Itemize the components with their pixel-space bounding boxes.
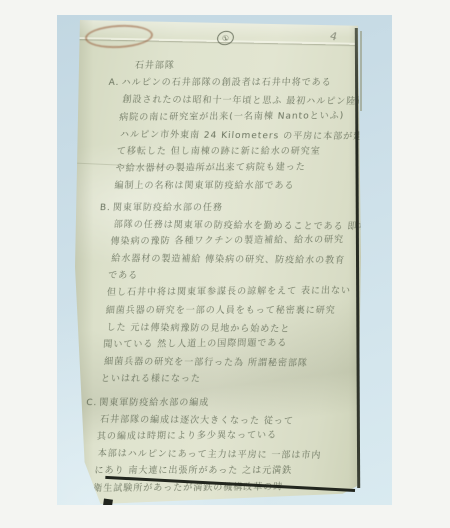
handwritten-line-text: や給水器材の製造所が出来て病院も建った: [115, 163, 306, 174]
section-label: B.: [99, 200, 113, 217]
handwritten-line-text: 部隊の任務は関東軍の防疫給水を勤めることである 即ち: [113, 220, 367, 232]
handwritten-line-text: 石井部隊の編成は逐次大きくなった 従って: [100, 415, 295, 427]
handwritten-line: 病院の南に研究室が出来(一名南棟 Nantoといふ): [119, 108, 372, 127]
handwritten-line-text: 細菌兵器の研究を一部行った為 所謂秘密部隊: [104, 357, 309, 369]
handwritten-line-text: 編制上の名称は関東軍防疫給水部である: [114, 181, 295, 191]
section-a: A.ハルピンの石井部隊の創設者は石井中将である創設されたのは昭和十一年頃と思ふ …: [114, 75, 374, 195]
handwritten-line: 但し石井中将は関東軍参謀長の諒解をえて 表に出ない: [106, 283, 359, 302]
handwritten-line-text: 聞いている 然し人道上の国際問題である: [103, 339, 288, 350]
handwritten-line: といはれる様になった: [100, 371, 353, 388]
handwritten-line: A.ハルピンの石井部隊の創設者は石井中将である: [121, 75, 374, 92]
document-page: ① 4 2053 石井部隊 A.ハルピンの石井部隊の創設者は石井中将である創設さ…: [73, 18, 363, 505]
clip-rust-mark: [84, 23, 153, 50]
handwritten-text: 石井部隊 A.ハルピンの石井部隊の創設者は石井中将である創設されたのは昭和十一年…: [93, 58, 376, 498]
page-number-mark: ①: [221, 33, 231, 44]
handwritten-line-text: といはれる様になった: [101, 374, 202, 384]
handwritten-line: C.関東軍防疫給水部の編成: [99, 395, 352, 412]
handwritten-line-text: ハルピン市外東南 24 Kilometers の平房に本部が建設され: [120, 130, 392, 142]
section-label: A.: [108, 75, 122, 92]
handwritten-line-text: にあり 南大連に出張所があった 之は元満鉄: [94, 466, 292, 476]
document-heading: 石井部隊: [134, 58, 375, 75]
handwritten-line-text: て移転した 但し南棟の跡に新に給水の研究室: [116, 147, 321, 157]
handwritten-line-text: 関東軍防疫給水部の任務: [113, 203, 224, 213]
handwritten-line: 細菌兵器の研究を一部の人員をもって秘密裏に研究: [105, 303, 358, 320]
page-number-circle: ①: [215, 29, 235, 48]
stamp-number: 2053: [68, 462, 88, 505]
handwritten-line-text: した 元は傳染病豫防の見地から始めたと: [106, 323, 291, 335]
handwritten-line-text: 細菌兵器の研究を一部の人員をもって秘密裏に研究: [105, 306, 336, 316]
photo-background: ① 4 2053 石井部隊 A.ハルピンの石井部隊の創設者は石井中将である創設さ…: [57, 15, 392, 505]
handwritten-line-text: 創設されたのは昭和十一年頃と思ふ 最初ハルピン陸軍: [122, 95, 367, 107]
handwritten-line-text: 本部はハルピンにあって主力は平房に 一部は市内: [97, 449, 321, 461]
handwritten-line-text: 給水器材の製造補給 傳染病の研究、防疫給水の教育: [111, 254, 346, 266]
handwritten-line-text: ハルピンの石井部隊の創設者は石井中将である: [121, 78, 332, 88]
section-label: C.: [86, 395, 100, 412]
handwritten-line: や給水器材の製造所が出来て病院も建った: [115, 159, 368, 178]
handwritten-line-text: 関東軍防疫給水部の編成: [99, 398, 210, 408]
handwritten-line-text: 其の編成は時期により多少異なっている: [97, 431, 278, 442]
handwritten-line: 其の編成は時期により多少異なっている: [96, 427, 349, 446]
handwritten-line: B.関東軍防疫給水部の任務: [112, 200, 365, 217]
underlying-page-edge: [360, 31, 362, 111]
handwritten-line-text: 傳染病の豫防 各種ワクチンの製造補給、給水の研究: [110, 235, 344, 247]
handwritten-line: 聞いている 然し人道上の国際問題である: [103, 335, 356, 354]
page-corner-tab: [102, 498, 113, 505]
handwritten-line: 編制上の名称は関東軍防疫給水部である: [114, 178, 367, 195]
section-b: B.関東軍防疫給水部の任務部隊の任務は関東軍の防疫給水を勤めることである 即ち傳…: [100, 200, 365, 389]
handwritten-line: 傳染病の豫防 各種ワクチンの製造補給、給水の研究: [110, 232, 363, 251]
handwritten-line-text: 但し石井中将は関東軍参謀長の諒解をえて 表に出ない: [107, 287, 352, 299]
handwritten-line-text: である: [108, 271, 139, 281]
handwritten-line-text: 病院の南に研究室が出来(一名南棟 Nantoといふ): [119, 111, 345, 123]
